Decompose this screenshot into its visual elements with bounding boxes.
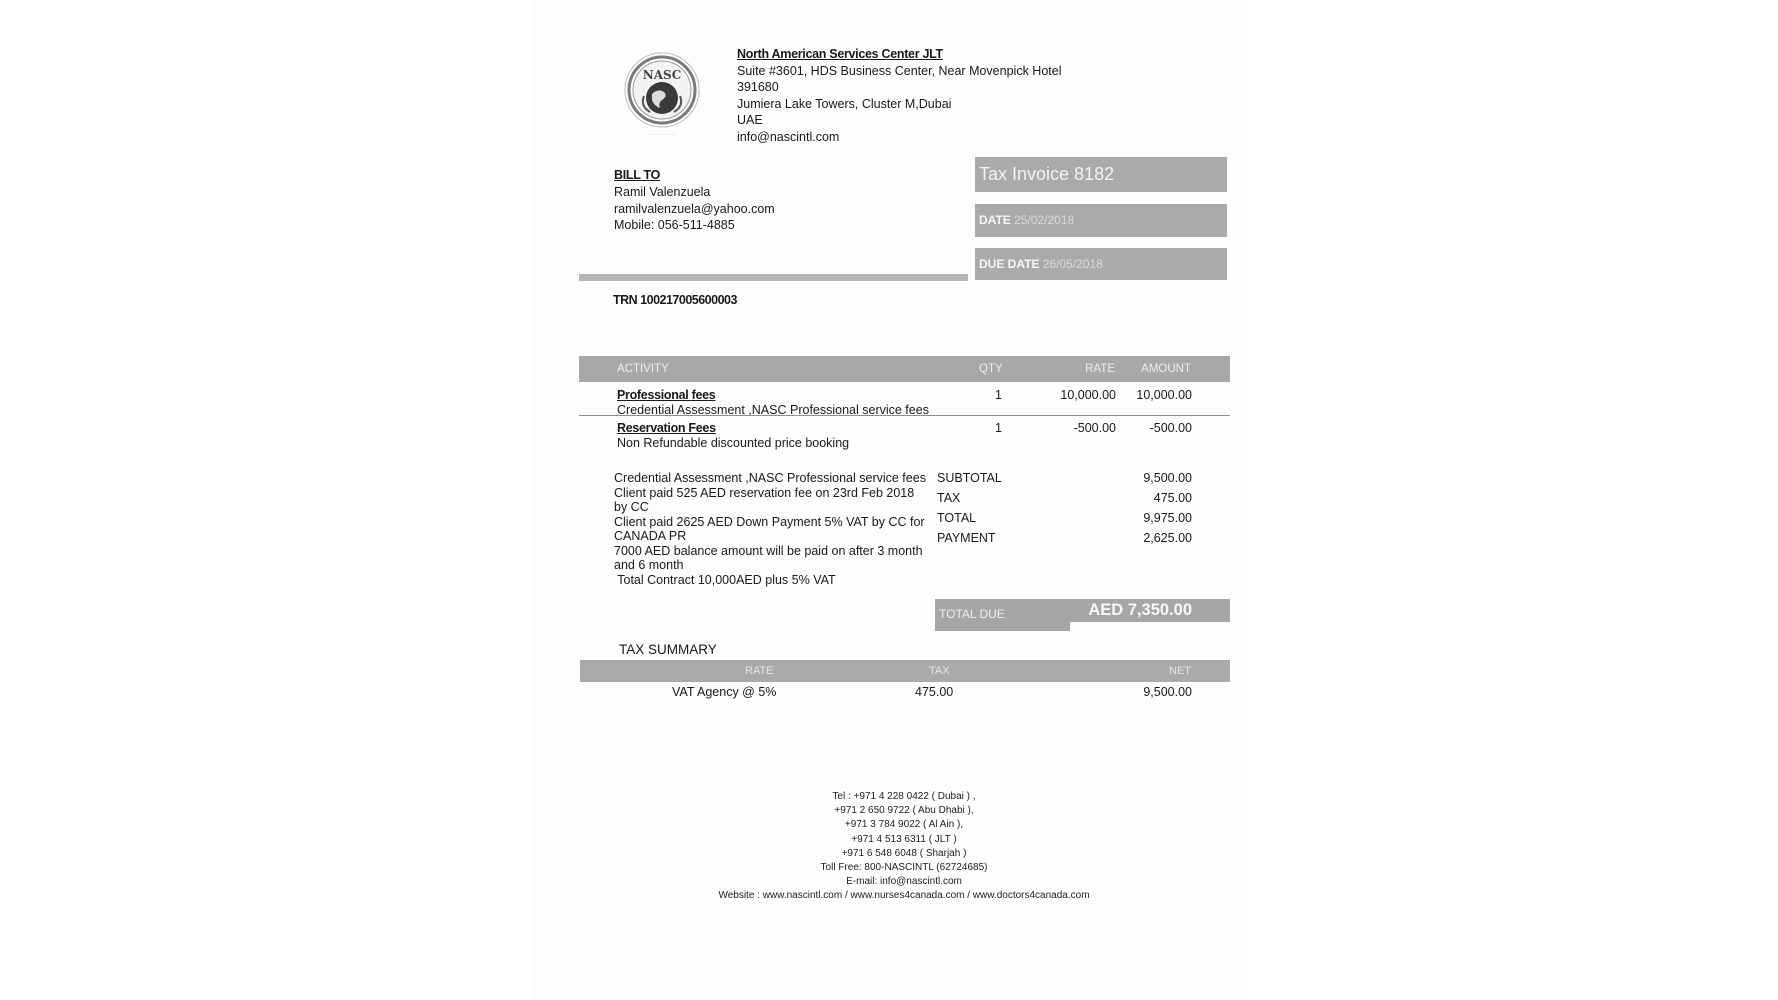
- invoice-date: DATE 25/02/2018: [975, 204, 1227, 237]
- note-line: 7000 AED balance amount will be paid on …: [614, 544, 929, 573]
- tax-net: 9,500.00: [1143, 685, 1192, 699]
- header-net: NET: [1169, 665, 1191, 677]
- svg-text:· · · · · · · · · · ·: · · · · · · · · · · ·: [649, 132, 676, 137]
- contact-footer: Tel : +971 4 228 0422 ( Dubai ) , +971 2…: [679, 790, 1129, 904]
- customer-name: Ramil Valenzuela: [614, 184, 775, 201]
- header-rate: RATE: [1085, 363, 1115, 375]
- divider-bar: [579, 274, 968, 281]
- tax-row: TAX475.00: [937, 491, 1192, 511]
- header-tax: TAX: [929, 665, 950, 677]
- tax-rate: VAT Agency @ 5%: [672, 685, 776, 699]
- note-line: Client paid 525 AED reservation fee on 2…: [614, 486, 929, 515]
- date-label: DATE: [979, 213, 1011, 227]
- subtotal-row: SUBTOTAL9,500.00: [937, 471, 1192, 491]
- address-line: Suite #3601, HDS Business Center, Near M…: [737, 63, 1061, 80]
- footer-line: +971 3 784 9022 ( Al Ain ),: [679, 818, 1129, 832]
- footer-line: Toll Free: 800-NASCINTL (62724685): [679, 861, 1129, 875]
- item-amount: 10,000.00: [1136, 388, 1192, 402]
- footer-website: Website : www.nascintl.com / www.nurses4…: [679, 889, 1129, 903]
- address-line: Jumiera Lake Towers, Cluster M,Dubai: [737, 96, 1061, 113]
- total-due-label: TOTAL DUE: [939, 607, 1005, 621]
- totals-block: SUBTOTAL9,500.00 TAX475.00 TOTAL9,975.00…: [937, 471, 1192, 551]
- note-line: Client paid 2625 AED Down Payment 5% VAT…: [614, 515, 929, 544]
- item-rate: 10,000.00: [1060, 388, 1116, 402]
- company-email: info@nascintl.com: [737, 129, 1061, 146]
- invoice-title: Tax Invoice 8182: [975, 157, 1227, 192]
- footer-line: Tel : +971 4 228 0422 ( Dubai ) ,: [679, 790, 1129, 804]
- total-due-box: TOTAL DUE AED 7,350.00: [935, 599, 1230, 622]
- row-divider: [579, 415, 1230, 416]
- footer-email: E-mail: info@nascintl.com: [679, 875, 1129, 889]
- item-amount: -500.00: [1150, 421, 1192, 435]
- company-logo: NASC · · · · · · · · · · ·: [622, 46, 702, 142]
- bill-to-block: BILL TO Ramil Valenzuela ramilvalenzuela…: [614, 167, 775, 234]
- invoice-due-date: DUE DATE 26/05/2018: [975, 248, 1227, 280]
- item-qty: 1: [995, 421, 1002, 435]
- company-name: North American Services Center JLT: [737, 46, 1061, 63]
- trn-number: TRN 100217005600003: [613, 293, 737, 307]
- item-title: Reservation Fees: [617, 421, 716, 435]
- footer-line: +971 4 513 6311 ( JLT ): [679, 833, 1129, 847]
- tax-summary-header: RATE TAX NET: [580, 660, 1230, 682]
- header-amount: AMOUNT: [1141, 363, 1191, 375]
- due-date-label: DUE DATE: [979, 257, 1039, 271]
- globe-icon: NASC · · · · · · · · · · ·: [622, 46, 702, 142]
- customer-email: ramilvalenzuela@yahoo.com: [614, 201, 775, 218]
- tax-summary-title: TAX SUMMARY: [619, 642, 717, 657]
- footer-line: +971 6 548 6048 ( Sharjah ): [679, 847, 1129, 861]
- total-due-value: AED 7,350.00: [1088, 601, 1192, 620]
- note-line: Credential Assessment ,NASC Professional…: [614, 471, 929, 486]
- items-table-header: ACTIVITY QTY RATE AMOUNT: [579, 356, 1230, 382]
- item-qty: 1: [995, 388, 1002, 402]
- tax-amount: 475.00: [915, 685, 953, 699]
- invoice-notes: Credential Assessment ,NASC Professional…: [614, 471, 929, 587]
- payment-row: PAYMENT2,625.00: [937, 531, 1192, 551]
- bill-to-label: BILL TO: [614, 167, 775, 184]
- item-title: Professional fees: [617, 388, 715, 402]
- customer-mobile: Mobile: 056-511-4885: [614, 217, 775, 234]
- due-date-value: 26/05/2018: [1043, 257, 1103, 271]
- header-qty: QTY: [979, 363, 1003, 375]
- header-rate: RATE: [745, 665, 774, 677]
- header-activity: ACTIVITY: [617, 363, 669, 375]
- company-info: North American Services Center JLT Suite…: [737, 46, 1061, 146]
- svg-text:NASC: NASC: [643, 68, 682, 82]
- address-line: 391680: [737, 79, 1061, 96]
- total-row: TOTAL9,975.00: [937, 511, 1192, 531]
- footer-line: +971 2 650 9722 ( Abu Dhabi ),: [679, 804, 1129, 818]
- item-rate: -500.00: [1074, 421, 1116, 435]
- date-value: 25/02/2018: [1014, 213, 1074, 227]
- note-line: Total Contract 10,000AED plus 5% VAT: [614, 573, 929, 588]
- item-description: Non Refundable discounted price booking: [617, 436, 849, 450]
- address-line: UAE: [737, 112, 1061, 129]
